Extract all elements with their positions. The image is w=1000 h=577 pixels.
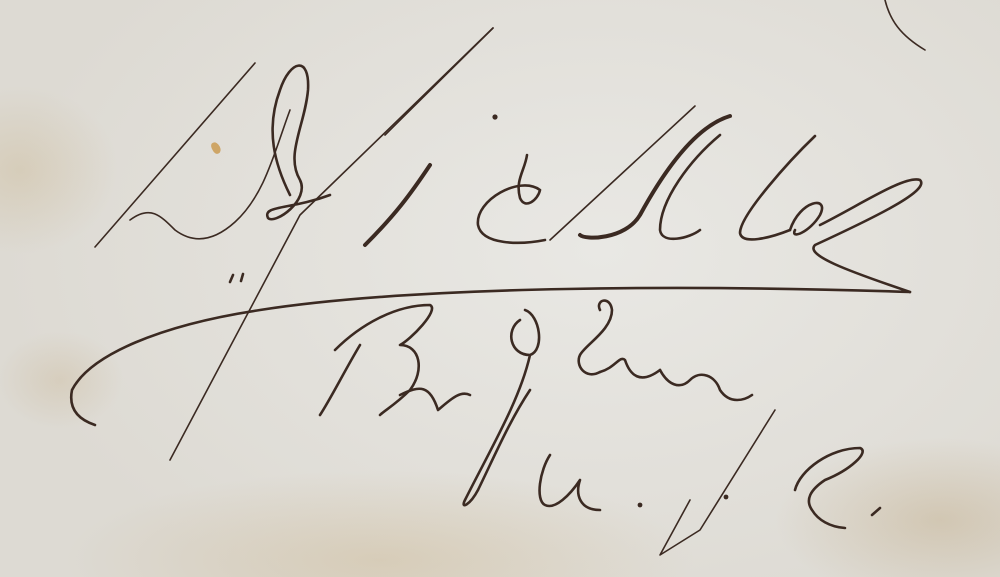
letters-es-strokes — [790, 179, 921, 292]
underline-flourish — [71, 288, 910, 425]
letter-c-stroke — [478, 155, 545, 243]
word-gen-strokes — [579, 301, 752, 400]
letter-u-stroke — [540, 455, 600, 510]
signature-ink-strokes — [0, 0, 1000, 577]
edge-stroke-fragment — [885, 0, 925, 50]
period-dot-1 — [638, 503, 643, 508]
period-dot-2 — [724, 495, 729, 500]
letter-a-stroke — [795, 448, 863, 528]
letter-l-stroke — [740, 136, 815, 239]
period-dash — [872, 508, 880, 515]
letter-d-strokes — [95, 63, 290, 247]
letter-s-long-stroke — [660, 410, 775, 555]
letter-k-strokes — [550, 106, 730, 240]
word-brig-strokes — [320, 305, 539, 505]
aged-paper-background: D. E. Sickles Brig Gen U. S. A. — [0, 0, 1000, 577]
i-dot — [492, 114, 497, 119]
quote-marks — [230, 274, 243, 282]
